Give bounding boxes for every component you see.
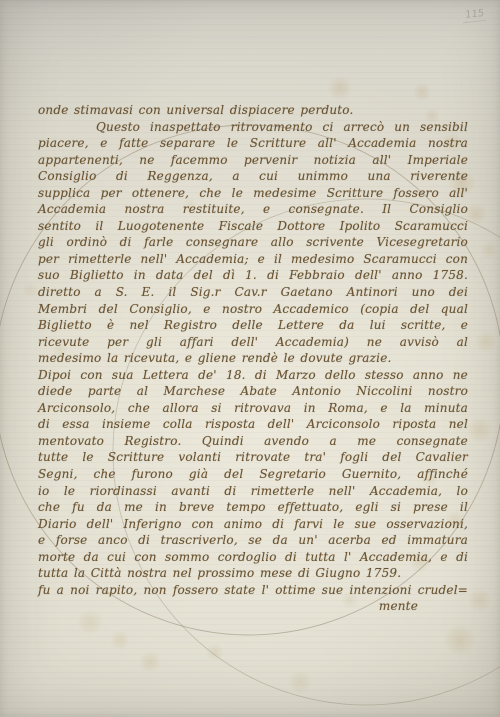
manuscript-line: diede parte al Marchese Abate Antonio Ni…: [38, 383, 468, 400]
manuscript-line: tutta la Città nostra nel prossimo mese …: [38, 565, 468, 582]
manuscript-line: Membri del Consiglio, e nostro Accademic…: [38, 301, 468, 318]
manuscript-line: gli ordinò di farle consegnare allo scri…: [38, 234, 468, 251]
manuscript-line: Dipoi con sua Lettera de' 18. di Marzo d…: [38, 367, 468, 384]
manuscript-line: piacere, e fatte separare le Scritture a…: [38, 135, 468, 152]
manuscript-line: suo Biglietto in data del dì 1. di Febbr…: [38, 267, 468, 284]
foxing-spot: [413, 83, 431, 101]
manuscript-line: che fu da me in breve tempo effettuato, …: [38, 499, 468, 516]
manuscript-line: Consiglio di Reggenza, a cui unimmo una …: [38, 168, 468, 185]
manuscript-page-scan: 115 onde stimavasi con universal dispiac…: [0, 0, 500, 717]
foxing-spot: [475, 331, 497, 353]
foxing-spot: [22, 282, 38, 298]
foxing-spot: [328, 76, 352, 100]
folio-number-pencil: 115: [463, 8, 486, 24]
manuscript-line: tutte le Scritture volanti ritrovate tra…: [38, 449, 468, 466]
foxing-spot: [139, 651, 161, 673]
manuscript-line: diretto a S. E. il Sig.r Cav.r Gaetano A…: [38, 284, 468, 301]
manuscript-line: Questo inaspettato ritrovamento ci arrec…: [38, 119, 468, 136]
foxing-spot: [465, 203, 487, 225]
manuscript-line: e forse anco di trascriverlo, se da un' …: [38, 532, 468, 549]
foxing-spot: [206, 643, 224, 661]
manuscript-line: io le riordinassi avanti di rimetterle n…: [38, 483, 468, 500]
manuscript-line: medesimo la ricevuta, e gliene rendè le …: [38, 350, 468, 367]
manuscript-line: Biglietto è nel Registro delle Lettere d…: [38, 317, 468, 334]
manuscript-line: fu a noi rapito, non fossero state l' ot…: [38, 582, 468, 599]
manuscript-line: Accademia nostra restituite, e consegnat…: [38, 201, 468, 218]
manuscript-line: di essa insieme colla risposta dell' Arc…: [38, 416, 468, 433]
manuscript-line: supplica per ottenere, che le medesime S…: [38, 185, 468, 202]
foxing-spot: [480, 241, 498, 259]
foxing-spot: [467, 417, 493, 443]
foxing-spot: [288, 670, 312, 694]
manuscript-line: sentito il Luogotenente Fiscale Dottore …: [38, 218, 468, 235]
manuscript-line: appartenenti, ne facemmo pervenir notizi…: [38, 152, 468, 169]
foxing-spot: [468, 588, 492, 612]
manuscript-line: per rimetterle nell' Accademia; e il med…: [38, 251, 468, 268]
manuscript-line: Arciconsolo, che allora si ritrovava in …: [38, 400, 468, 417]
manuscript-lines: onde stimavasi con universal dispiacere …: [38, 102, 468, 615]
catchword: mente: [38, 598, 468, 615]
manuscript-line: onde stimavasi con universal dispiacere …: [38, 102, 468, 119]
foxing-spot: [444, 624, 476, 656]
manuscript-line: Segni, che furono già del Segretario Gue…: [38, 466, 468, 483]
manuscript-line: morte da cui con sommo cordoglio di tutt…: [38, 549, 468, 566]
manuscript-line: mentovato Registro. Quindi avendo a me c…: [38, 433, 468, 450]
manuscript-line: ricevute per gli affari dell' Accademia)…: [38, 334, 468, 351]
foxing-spot: [110, 630, 130, 650]
manuscript-line: Diario dell' Inferigno con animo di farv…: [38, 516, 468, 533]
